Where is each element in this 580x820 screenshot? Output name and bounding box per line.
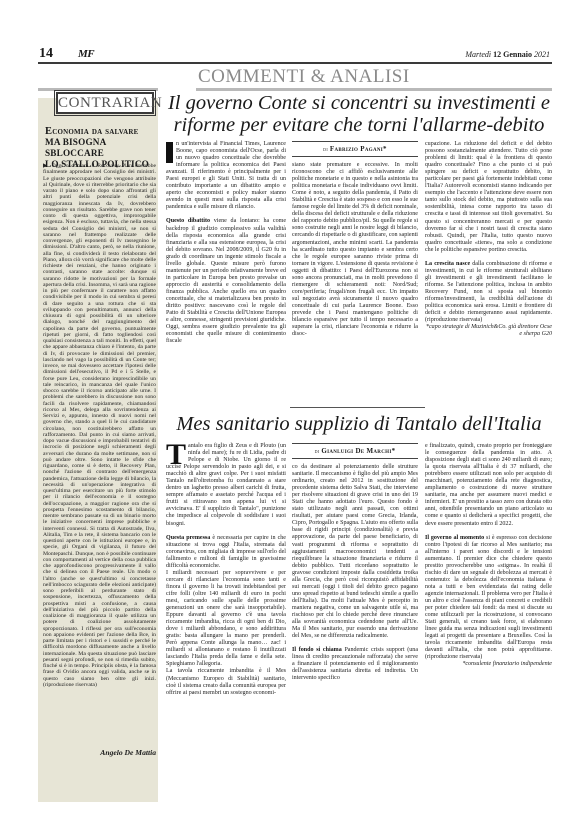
article2-footnote: *consulente finanziario indipendente <box>425 661 552 668</box>
date-weekday: Martedì <box>465 50 491 59</box>
sidebar-author: Angelo De Mattia <box>43 748 156 757</box>
article1-paragraph: La crescita nasce dalla combinazione di … <box>425 261 552 324</box>
article1-paragraph: Questo dibattito viene da lontano: ha co… <box>166 218 286 345</box>
article2-paragraph: I miliardi necessari per sopravvivere e … <box>166 570 286 669</box>
sidebar-headline-line: ma bisogna sbloccare <box>45 137 155 159</box>
article2-column-3: e finalizzato, quindi, creato proprio pe… <box>425 443 552 668</box>
article1-byline: di Fabrizio Pagani* <box>292 141 418 157</box>
page-header: 14 MF Martedì 12 Gennaio 2021 <box>38 46 552 64</box>
article2-byline: di Gianluigi De Marchi* <box>292 443 418 459</box>
article2-column-1: T antalo era figlio di Zeus e di Plouto … <box>166 443 286 697</box>
author-name: Fabrizio Pagani* <box>330 145 387 153</box>
article1-column-2: siano state premature e eccessive. In mo… <box>292 162 418 338</box>
article1-footnote: *capo strategie di Muzinich&Co. già dire… <box>425 324 552 338</box>
section-rule-left <box>38 88 158 91</box>
paper-logo: MF <box>78 48 94 60</box>
article2-headline: Mes sanitario supplizio di Tantalo dell'… <box>166 413 552 436</box>
article1-headline: Il governo Conte si concentri su investi… <box>166 92 552 136</box>
page-date: Martedì 12 Gennaio 2021 <box>465 50 550 59</box>
article1-column-3: cupazione. La riduzione del deficit e de… <box>425 141 552 338</box>
article-divider <box>290 407 425 408</box>
article2-column-2: co da destinare al potenziamento delle s… <box>292 464 418 682</box>
section-title: COMMENTI & ANALISI <box>198 66 410 88</box>
article2-paragraph: Questa premessa è necessaria per capire … <box>166 535 286 570</box>
article1-dropcap <box>166 142 173 163</box>
sidebar-headline-line: Economia da salvare <box>45 126 155 137</box>
article2-paragraph: co da destinare al potenziamento delle s… <box>292 464 418 640</box>
article2-paragraph: Il governo al momento si è espresso con … <box>425 535 552 662</box>
article2-dropcap: T <box>166 443 186 466</box>
article1-paragraph: cupazione. La riduzione del deficit e de… <box>425 141 552 254</box>
page-number: 14 <box>39 46 53 62</box>
article1-column-1: n un'intervista al Financial Times, Laur… <box>166 141 286 345</box>
article2-paragraph: La tavola riccamente imbandita è il Mes … <box>166 668 286 696</box>
article2-paragraph: Il fondo si chiama Pandemic crisis suppo… <box>292 647 418 682</box>
contrarian-label: CONTRARIAN <box>58 95 152 112</box>
author-name: Gianluigi De Marchi* <box>321 447 395 455</box>
contrarian-label-box: CONTRARIAN <box>56 92 154 114</box>
sidebar-body-text: ▶ Oggi o domani il Recovery Plan dovrebb… <box>43 163 156 688</box>
article1-paragraph: siano state premature e eccessive. In mo… <box>292 162 418 338</box>
article1-paragraph: n un'intervista al Financial Times, Laur… <box>166 141 286 211</box>
sidebar-body: ▶ Oggi o domani il Recovery Plan dovrebb… <box>43 163 156 688</box>
date-year: 2021 <box>534 50 550 59</box>
section-rule <box>196 88 552 91</box>
article2-paragraph: e finalizzato, quindi, creato proprio pe… <box>425 443 552 528</box>
date-day-month: 12 Gennaio <box>493 50 532 59</box>
